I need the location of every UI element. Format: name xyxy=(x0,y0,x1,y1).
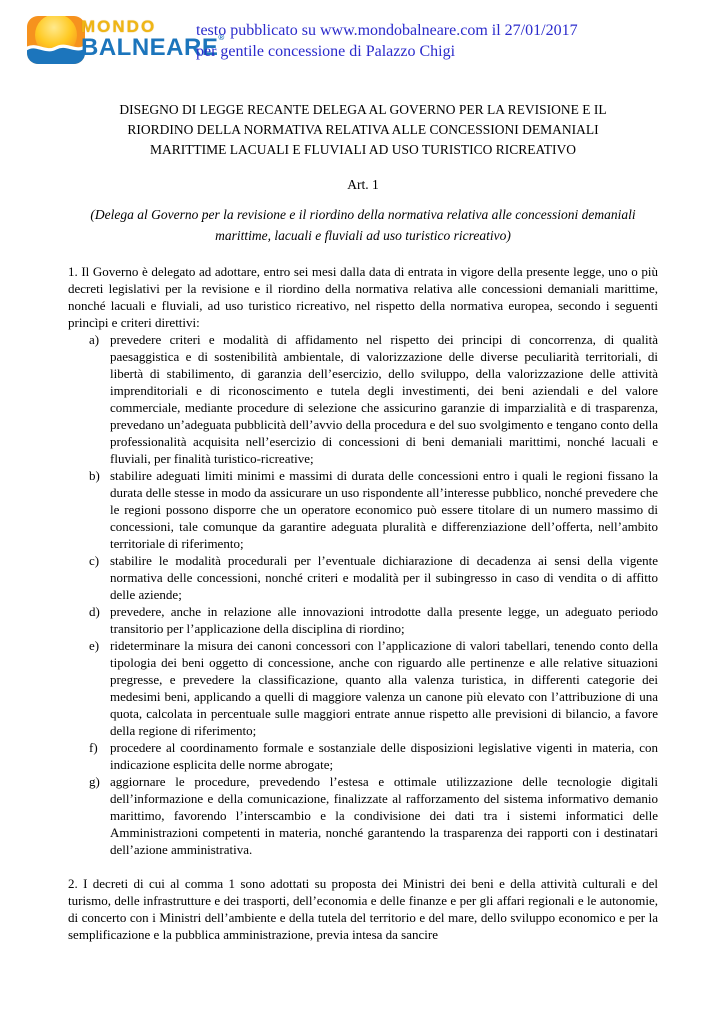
list-item-text: stabilire le modalità procedurali per l’… xyxy=(110,553,658,602)
list-item-text: stabilire adeguati limiti minimi e massi… xyxy=(110,468,658,551)
list-item-text: prevedere, anche in relazione alle innov… xyxy=(110,604,658,636)
publication-note: testo pubblicato su www.mondobalneare.co… xyxy=(196,20,578,62)
list-item-c: c) stabilire le modalità procedurali per… xyxy=(68,552,658,603)
list-item-f: f) procedere al coordinamento formale e … xyxy=(68,739,658,773)
comma-1-paragraph: 1. Il Governo è delegato ad adottare, en… xyxy=(68,263,658,331)
comma-2-paragraph: 2. I decreti di cui al comma 1 sono adot… xyxy=(68,875,658,943)
list-item-marker: c) xyxy=(89,552,99,569)
list-item-b: b) stabilire adeguati limiti minimi e ma… xyxy=(68,467,658,552)
criteria-list: a) prevedere criteri e modalità di affid… xyxy=(68,331,658,858)
list-item-text: aggiornare le procedure, prevedendo l’es… xyxy=(110,774,658,857)
list-item-a: a) prevedere criteri e modalità di affid… xyxy=(68,331,658,467)
list-item-marker: e) xyxy=(89,637,99,654)
article-heading: Art. 1 xyxy=(68,176,658,193)
list-item-text: procedere al coordinamento formale e sos… xyxy=(110,740,658,772)
list-item-marker: b) xyxy=(89,467,100,484)
publication-note-line1: testo pubblicato su www.mondobalneare.co… xyxy=(196,20,578,41)
list-item-d: d) prevedere, anche in relazione alle in… xyxy=(68,603,658,637)
list-item-marker: g) xyxy=(89,773,100,790)
law-document: DISEGNO DI LEGGE RECANTE DELEGA AL GOVER… xyxy=(68,100,658,943)
list-item-e: e) rideterminare la misura dei canoni co… xyxy=(68,637,658,739)
document-title: DISEGNO DI LEGGE RECANTE DELEGA AL GOVER… xyxy=(68,100,658,160)
sun-wave-badge-icon xyxy=(27,16,85,64)
article-subtitle: (Delega al Governo per la revisione e il… xyxy=(68,204,658,246)
list-item-g: g) aggiornare le procedure, prevedendo l… xyxy=(68,773,658,858)
list-item-marker: d) xyxy=(89,603,100,620)
publication-note-line2: per gentile concessione di Palazzo Chigi xyxy=(196,41,578,62)
list-item-marker: a) xyxy=(89,331,99,348)
title-line: RIORDINO DELLA NORMATIVA RELATIVA ALLE C… xyxy=(68,120,658,140)
title-line: MARITTIME LACUALI E FLUVIALI AD USO TURI… xyxy=(68,140,658,160)
list-item-marker: f) xyxy=(89,739,98,756)
list-item-text: rideterminare la misura dei canoni conce… xyxy=(110,638,658,738)
list-item-text: prevedere criteri e modalità di affidame… xyxy=(110,332,658,466)
title-line: DISEGNO DI LEGGE RECANTE DELEGA AL GOVER… xyxy=(68,100,658,120)
